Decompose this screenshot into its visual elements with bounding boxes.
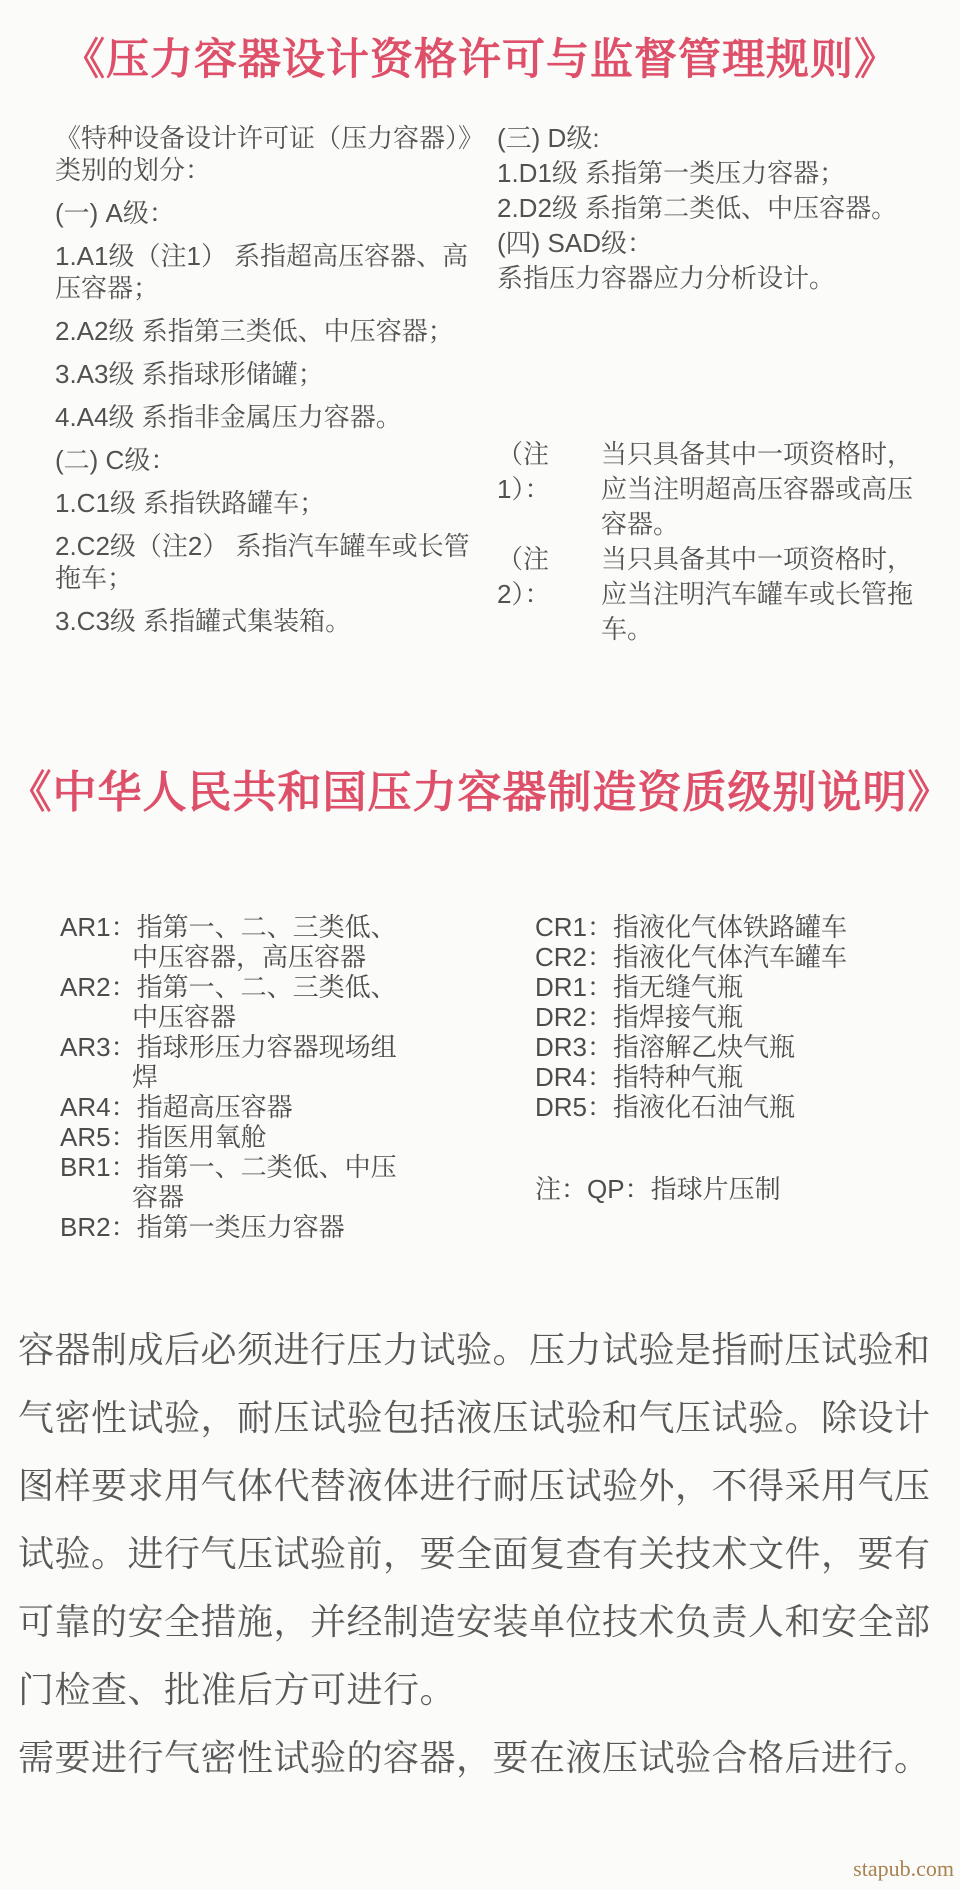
paragraph: 3.A3级 系指球形储罐； [55,358,479,390]
grade-item: BR2：指第一类压力容器 [60,1212,410,1242]
paragraph: 4.A4级 系指非金属压力容器。 [55,401,479,433]
grade-item: AR1：指第一、二、三类低、中压容器，高压容器 [60,912,410,972]
footnotes: （注1）： 当只具备其中一项资格时，应当注明超高压容器或高压容器。 （注2）： … [497,437,927,647]
paragraph: 3.C3级 系指罐式集装箱。 [55,605,479,637]
grade-item: AR5：指医用氧舱 [60,1122,410,1152]
paragraph: 2.C2级（注2） 系指汽车罐车或长管拖车； [55,530,479,594]
list-line: (三) D级: [497,121,927,156]
grade-item: CR1：指液化气体铁路罐车 [535,912,935,942]
regulation-title: 《压力容器设计资格许可与监督管理规则》 [0,26,960,87]
grade-item: AR4：指超高压容器 [60,1092,410,1122]
design-license-left-column: 《特种设备设计许可证（压力容器）》类别的划分： (一) A级： 1.A1级（注1… [55,122,479,648]
note-text: 当只具备其中一项资格时，应当注明汽车罐车或长管拖车。 [601,542,921,647]
article-page: 《压力容器设计资格许可与监督管理规则》 《特种设备设计许可证（压力容器）》类别的… [0,0,960,1890]
grade-item: DR4：指特种气瓶 [535,1062,935,1092]
watermark: stapub.com [853,1856,954,1882]
list-line: (四) SAD级： [497,226,927,261]
design-license-right-column: (三) D级: 1.D1级 系指第一类压力容器； 2.D2级 系指第二类低、中压… [497,121,927,647]
manufacture-grades-left-column: AR1：指第一、二、三类低、中压容器，高压容器 AR2：指第一、二、三类低、中压… [60,912,420,1242]
note-label: （注1）： [497,437,601,507]
list-line: 2.D2级 系指第二类低、中压容器。 [497,191,927,226]
manufacture-grades-right-column: CR1：指液化气体铁路罐车 CR2：指液化气体汽车罐车 DR1：指无缝气瓶 DR… [535,912,935,1204]
grade-item: CR2：指液化气体汽车罐车 [535,942,935,972]
paragraph: 《特种设备设计许可证（压力容器）》类别的划分： [55,122,479,186]
list-line: 系指压力容器应力分析设计。 [497,261,927,296]
grade-item: BR1：指第一、二类低、中压容器 [60,1152,410,1212]
paragraph: 需要进行气密性试验的容器，要在液压试验合格后进行。 [18,1724,943,1792]
paragraph: 1.A1级（注1） 系指超高压容器、高压容器； [55,240,479,304]
grade-item: DR5：指液化石油气瓶 [535,1092,935,1122]
paragraph: 1.C1级 系指铁路罐车； [55,487,479,519]
paragraph: 2.A2级 系指第三类低、中压容器； [55,315,479,347]
grade-item: AR3：指球形压力容器现场组焊 [60,1032,410,1092]
qp-note: 注：QP：指球片压制 [535,1174,935,1204]
grade-item: DR2：指焊接气瓶 [535,1002,935,1032]
grade-item: AR2：指第一、二、三类低、中压容器 [60,972,410,1032]
manufacture-grade-title: 《中华人民共和国压力容器制造资质级别说明》 [0,756,960,820]
note-label: （注2）： [497,542,601,612]
paragraph: (二) C级： [55,444,479,476]
grade-item: DR3：指溶解乙炔气瓶 [535,1032,935,1062]
list-line: 1.D1级 系指第一类压力容器； [497,156,927,191]
paragraph: 容器制成后必须进行压力试验。压力试验是指耐压试验和气密性试验，耐压试验包括液压试… [18,1316,943,1724]
note-row: （注1）： 当只具备其中一项资格时，应当注明超高压容器或高压容器。 [497,437,927,542]
grade-item: DR1：指无缝气瓶 [535,972,935,1002]
grade-d-block: (三) D级: 1.D1级 系指第一类压力容器； 2.D2级 系指第二类低、中压… [497,121,927,296]
note-row: （注2）： 当只具备其中一项资格时，应当注明汽车罐车或长管拖车。 [497,542,927,647]
pressure-test-paragraphs: 容器制成后必须进行压力试验。压力试验是指耐压试验和气密性试验，耐压试验包括液压试… [18,1316,943,1792]
paragraph: (一) A级： [55,197,479,229]
note-text: 当只具备其中一项资格时，应当注明超高压容器或高压容器。 [601,437,921,542]
